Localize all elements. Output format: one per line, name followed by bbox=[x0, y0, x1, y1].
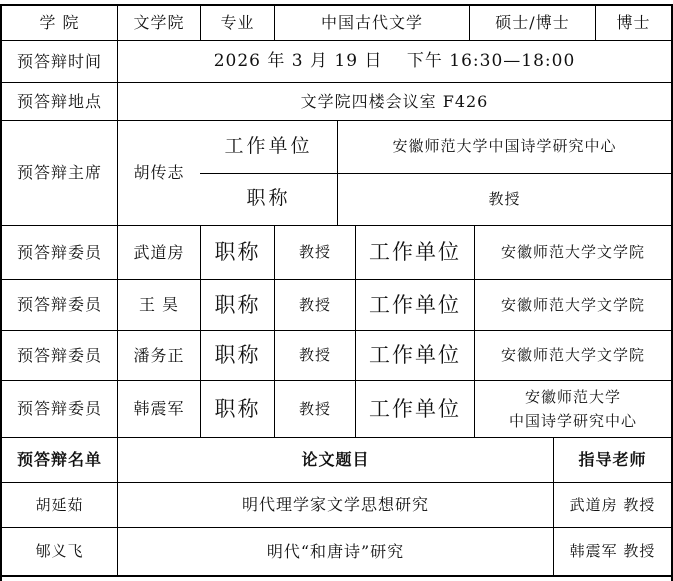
table-row-student-1: 胡延茹 明代理学家文学思想研究 武道房 教授 bbox=[2, 482, 671, 527]
table-row-member-3: 预答辩委员 潘务正 职称 教授 工作单位 安徽师范大学文学院 bbox=[2, 330, 671, 380]
member-unit-value-cell: 安徽师范大学 中国诗学研究中心 bbox=[474, 381, 671, 437]
table-row-partial bbox=[2, 575, 671, 579]
list-name-header-cell: 预答辩名单 bbox=[2, 438, 117, 482]
table-row-venue: 预答辩地点 文学院四楼会议室 F426 bbox=[2, 82, 671, 120]
list-advisor-header-cell: 指导老师 bbox=[553, 438, 671, 482]
chair-detail-block: 工作单位 安徽师范大学中国诗学研究中心 职称 教授 bbox=[200, 121, 671, 225]
member-title-label-cell: 职称 bbox=[200, 226, 274, 279]
member-title-label-cell: 职称 bbox=[200, 280, 274, 330]
venue-value-cell: 文学院四楼会议室 F426 bbox=[117, 83, 671, 120]
table-row-member-4: 预答辩委员 韩震军 职称 教授 工作单位 安徽师范大学 中国诗学研究中心 bbox=[2, 380, 671, 437]
chair-unit-subrow: 工作单位 安徽师范大学中国诗学研究中心 bbox=[200, 121, 671, 173]
college-label-cell: 学 院 bbox=[2, 6, 117, 40]
member-label-cell: 预答辩委员 bbox=[2, 381, 117, 437]
chair-title-label-cell: 职称 bbox=[200, 174, 337, 226]
table-row-time: 预答辩时间 2026 年 3 月 19 日 下午 16:30—18:00 bbox=[2, 40, 671, 82]
degree-label-cell: 硕士/博士 bbox=[469, 6, 595, 40]
table-row-member-2: 预答辩委员 王 昊 职称 教授 工作单位 安徽师范大学文学院 bbox=[2, 279, 671, 330]
pre-defense-table: 学 院 文学院 专业 中国古代文学 硕士/博士 博士 预答辩时间 2026 年 … bbox=[0, 4, 673, 579]
degree-value-cell: 博士 bbox=[595, 6, 671, 40]
chair-title-value-cell: 教授 bbox=[337, 174, 671, 226]
member-title-label-cell: 职称 bbox=[200, 331, 274, 380]
chair-unit-label-cell: 工作单位 bbox=[200, 121, 337, 173]
table-row-chair: 预答辩主席 胡传志 工作单位 安徽师范大学中国诗学研究中心 职称 教授 bbox=[2, 120, 671, 225]
member-unit-label-cell: 工作单位 bbox=[355, 381, 474, 437]
student-name-cell: 郇义飞 bbox=[2, 528, 117, 575]
major-label-cell: 专业 bbox=[200, 6, 274, 40]
member-unit-line2: 中国诗学研究中心 bbox=[509, 409, 637, 433]
student-advisor-cell: 武道房 教授 bbox=[553, 483, 671, 527]
member-name-cell: 潘务正 bbox=[117, 331, 200, 380]
member-title-value-cell: 教授 bbox=[274, 226, 355, 279]
college-value-cell: 文学院 bbox=[117, 6, 200, 40]
member-title-value-cell: 教授 bbox=[274, 280, 355, 330]
table-row-member-1: 预答辩委员 武道房 职称 教授 工作单位 安徽师范大学文学院 bbox=[2, 225, 671, 279]
member-unit-label-cell: 工作单位 bbox=[355, 280, 474, 330]
member-unit-value-cell: 安徽师范大学文学院 bbox=[474, 280, 671, 330]
member-unit-value-cell: 安徽师范大学文学院 bbox=[474, 331, 671, 380]
student-name-cell: 胡延茹 bbox=[2, 483, 117, 527]
member-label-cell: 预答辩委员 bbox=[2, 226, 117, 279]
student-advisor-cell: 韩震军 教授 bbox=[553, 528, 671, 575]
time-label-cell: 预答辩时间 bbox=[2, 41, 117, 82]
student-thesis-cell: 明代理学家文学思想研究 bbox=[117, 483, 553, 527]
member-title-label-cell: 职称 bbox=[200, 381, 274, 437]
chair-label-cell: 预答辩主席 bbox=[2, 121, 117, 225]
time-value-cell: 2026 年 3 月 19 日 下午 16:30—18:00 bbox=[117, 41, 671, 82]
member-title-value-cell: 教授 bbox=[274, 331, 355, 380]
member-unit-label-cell: 工作单位 bbox=[355, 331, 474, 380]
member-label-cell: 预答辩委员 bbox=[2, 331, 117, 380]
member-name-cell: 武道房 bbox=[117, 226, 200, 279]
table-row-student-2: 郇义飞 明代“和唐诗”研究 韩震军 教授 bbox=[2, 527, 671, 575]
member-unit-value-cell: 安徽师范大学文学院 bbox=[474, 226, 671, 279]
member-title-value-cell: 教授 bbox=[274, 381, 355, 437]
major-value-cell: 中国古代文学 bbox=[274, 6, 469, 40]
student-thesis-cell: 明代“和唐诗”研究 bbox=[117, 528, 553, 575]
list-thesis-header-cell: 论文题目 bbox=[117, 438, 553, 482]
member-unit-label-cell: 工作单位 bbox=[355, 226, 474, 279]
chair-name-cell: 胡传志 bbox=[117, 121, 200, 225]
member-unit-line1: 安徽师范大学 bbox=[509, 385, 637, 409]
chair-title-subrow: 职称 教授 bbox=[200, 173, 671, 226]
table-row-college: 学 院 文学院 专业 中国古代文学 硕士/博士 博士 bbox=[2, 6, 671, 40]
venue-label-cell: 预答辩地点 bbox=[2, 83, 117, 120]
chair-unit-value-cell: 安徽师范大学中国诗学研究中心 bbox=[337, 121, 671, 173]
table-row-list-header: 预答辩名单 论文题目 指导老师 bbox=[2, 437, 671, 482]
member-label-cell: 预答辩委员 bbox=[2, 280, 117, 330]
member-name-cell: 王 昊 bbox=[117, 280, 200, 330]
member-name-cell: 韩震军 bbox=[117, 381, 200, 437]
